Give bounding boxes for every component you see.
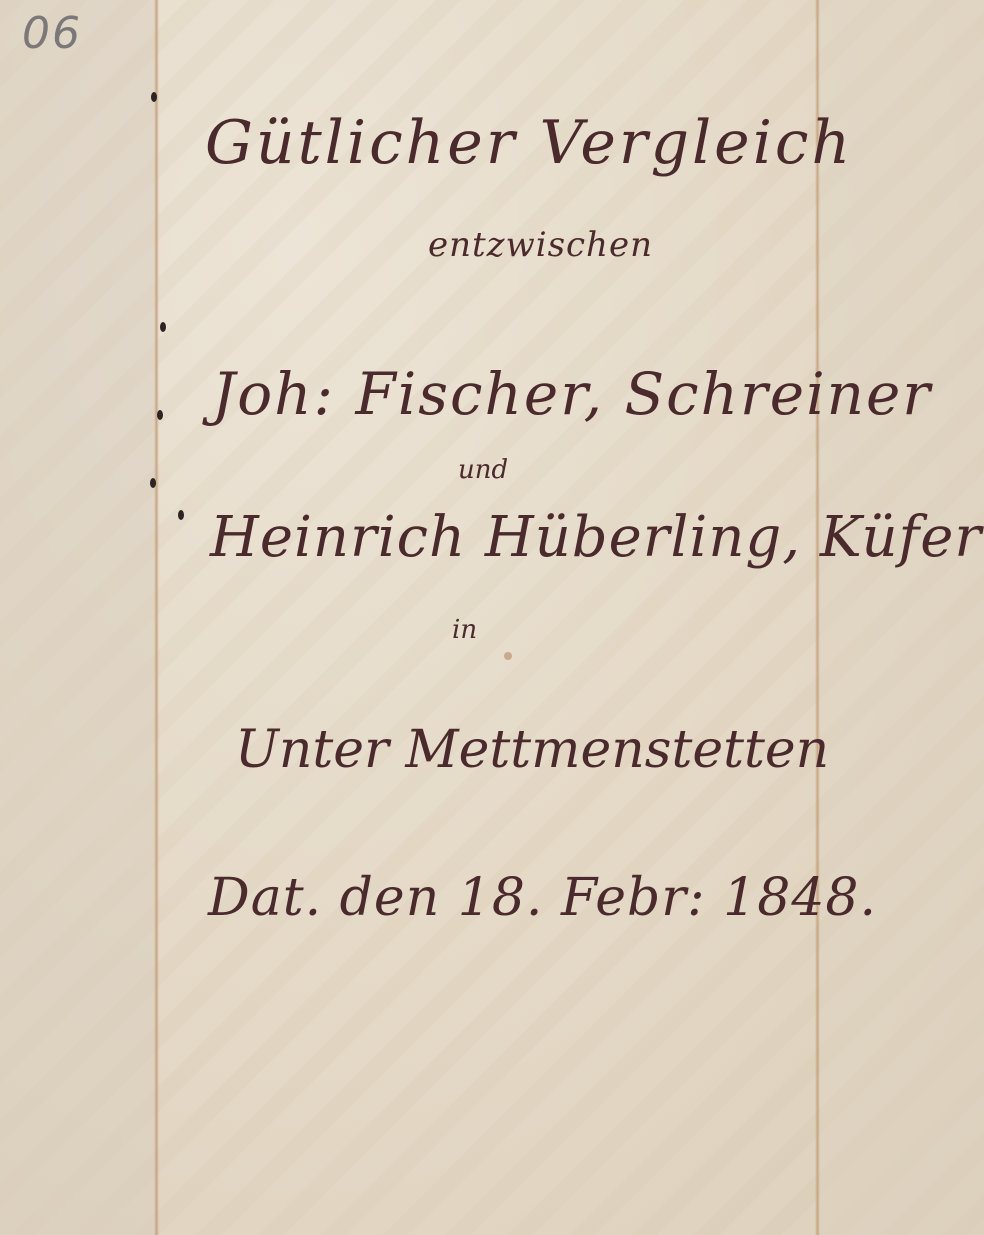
left-fold-line bbox=[154, 0, 159, 1235]
binding-hole bbox=[151, 92, 157, 102]
text-line-in: in bbox=[452, 615, 477, 645]
document-title: Gütlicher Vergleich bbox=[205, 108, 853, 178]
binding-hole bbox=[157, 410, 163, 420]
left-folded-panel bbox=[0, 0, 157, 1235]
right-fold-line bbox=[815, 0, 820, 1235]
binding-hole bbox=[150, 478, 156, 488]
date-line: Dat. den 18. Febr: 1848. bbox=[208, 868, 877, 928]
place-name: Unter Mettmenstetten bbox=[235, 720, 829, 780]
right-folded-panel bbox=[820, 0, 984, 1235]
ink-stain bbox=[504, 652, 512, 660]
text-line-and: und bbox=[458, 455, 508, 485]
party-one: Joh: Fischer, Schreiner bbox=[212, 360, 932, 428]
binding-hole bbox=[178, 510, 184, 520]
text-line-between: entzwischen bbox=[428, 225, 653, 265]
binding-hole bbox=[160, 322, 166, 332]
party-two: Heinrich Hüberling, Küfer bbox=[210, 505, 982, 570]
archive-number: 06 bbox=[22, 8, 82, 59]
